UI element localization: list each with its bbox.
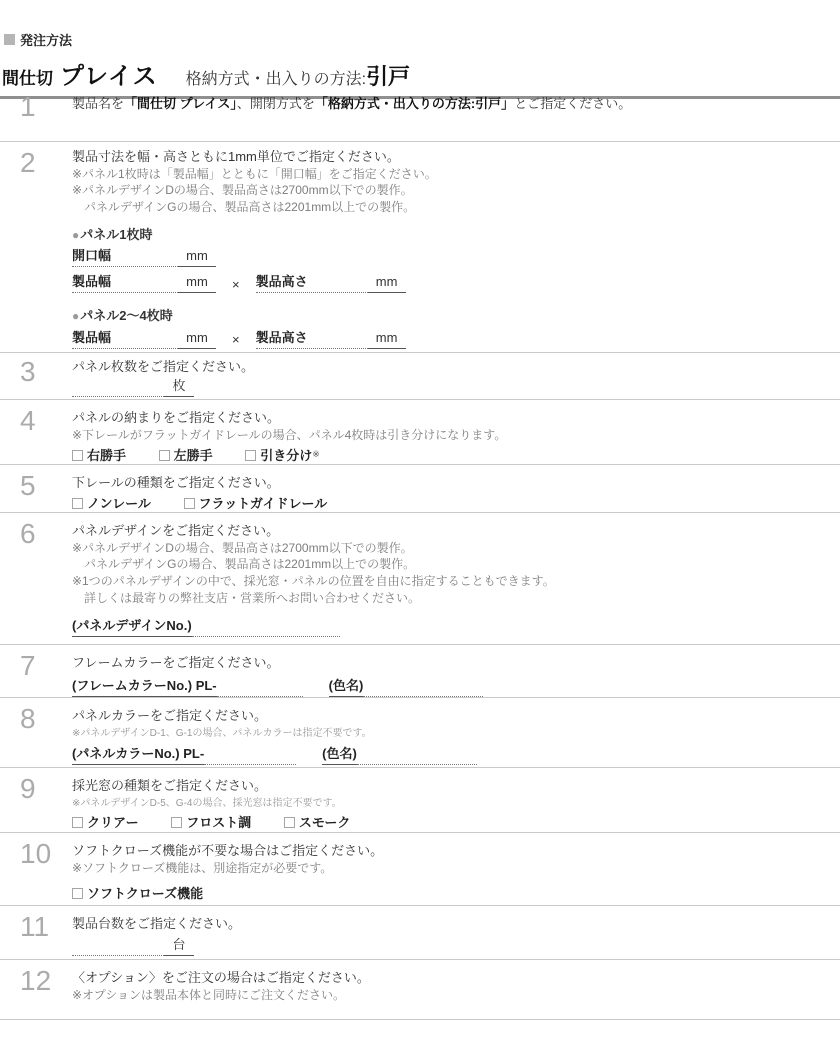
order-form-page: 発注方法 間仕切 プレイス 格納方式・出入りの方法: 引戸 1 製品名を「間仕切… [0, 0, 840, 1050]
eyebrow-label: 発注方法 [20, 30, 72, 49]
soft-close-options: ソフトクローズ機能 [72, 886, 810, 903]
step-9: 9 採光窓の種類をご指定ください。 ※パネルデザインD-5、G-4の場合、採光窓… [0, 768, 840, 833]
frame-color-no-input[interactable] [217, 678, 303, 697]
reference-mark: ※ [312, 449, 320, 459]
checkbox-icon[interactable] [72, 888, 83, 899]
step-12: 12 〈オプション〉をご注文の場合はご指定ください。 ※オプションは製品本体と同… [0, 960, 840, 1020]
step-2-number: 2 [0, 142, 72, 352]
step-11-instruction: 製品台数をご指定ください。 [72, 916, 810, 933]
frame-color-row: (フレームカラーNo.) PL-(色名) [72, 678, 810, 698]
unit-count-input[interactable] [72, 937, 164, 956]
product-height-unit: mm [368, 330, 406, 349]
panel-design-no-label: (パネルデザインNo.) [72, 618, 192, 637]
checkbox-flat-guide-rail[interactable]: フラットガイドレール [184, 496, 328, 513]
checkbox-icon[interactable] [171, 817, 182, 828]
product-height-unit: mm [368, 274, 406, 293]
panel-2-4-group-heading: ●パネル2〜4枚時 [72, 308, 810, 325]
step-6-note-3: ※1つのパネルデザインの中で、採光窓・パネルの位置を自由に指定することもできます… [72, 573, 810, 590]
step-1: 1 製品名を「間仕切 プレイス」、開閉方式を「格納方式・出入りの方法:引戸」とご… [0, 86, 840, 142]
step-10-number: 10 [0, 833, 72, 905]
checkbox-left-hand-label: 左勝手 [174, 448, 213, 463]
checkbox-split-opening[interactable]: 引き分け※ [245, 448, 320, 465]
circle-bullet-icon: ● [72, 228, 79, 242]
checkbox-icon[interactable] [159, 450, 170, 461]
step-8: 8 パネルカラーをご指定ください。 ※パネルデザインD-1、G-1の場合、パネル… [0, 698, 840, 768]
step-11-number: 11 [0, 906, 72, 959]
product-height-label: 製品高さ [256, 274, 308, 289]
step-3: 3 パネル枚数をご指定ください。 枚 [0, 353, 840, 400]
step-12-note: ※オプションは製品本体と同時にご注文ください。 [72, 987, 810, 1004]
step-2: 2 製品寸法を幅・高さともに1mm単位でご指定ください。 ※パネル1枚時は「製品… [0, 142, 840, 353]
step-5-instruction: 下レールの種類をご指定ください。 [72, 475, 810, 492]
step-9-note: ※パネルデザインD-5、G-4の場合、採光窓は指定不要です。 [72, 797, 810, 810]
square-bullet-icon [4, 34, 15, 45]
product-height-input[interactable]: 製品高さ [256, 274, 368, 293]
checkbox-non-rail[interactable]: ノンレール [72, 496, 151, 513]
product-width-unit: mm [178, 274, 216, 293]
opening-width-input[interactable]: 開口幅 [72, 248, 178, 267]
frame-color-no-label: (フレームカラーNo.) PL- [72, 678, 217, 697]
step-6: 6 パネルデザインをご指定ください。 ※パネルデザインDの場合、製品高さは270… [0, 513, 840, 645]
step-9-number: 9 [0, 768, 72, 832]
checkbox-icon[interactable] [284, 817, 295, 828]
color-name-input[interactable] [357, 746, 477, 765]
step-10-instruction: ソフトクローズ機能が不要な場合はご指定ください。 [72, 843, 810, 860]
product-width-input[interactable]: 製品幅 [72, 330, 178, 349]
panel-1-group-heading: ●パネル1枚時 [72, 227, 810, 244]
step-6-note-2: パネルデザインGの場合、製品高さは2201mm以上での製作。 [72, 556, 810, 573]
step-5-number: 5 [0, 465, 72, 512]
times-symbol: × [232, 332, 240, 349]
product-width-label: 製品幅 [72, 330, 111, 345]
product-name-bold: 「間仕切 プレイス」 [124, 96, 237, 111]
color-name-input[interactable] [363, 678, 483, 697]
unit-count-unit: 台 [164, 937, 194, 956]
instruction-text: 、開閉方式を [237, 96, 315, 111]
checkbox-clear[interactable]: クリアー [72, 815, 139, 832]
checkbox-frost[interactable]: フロスト調 [171, 815, 251, 832]
checkbox-icon[interactable] [72, 817, 83, 828]
instruction-text: とご指定ください。 [514, 96, 631, 111]
opening-width-row: 開口幅mm [72, 248, 810, 269]
checkbox-non-rail-label: ノンレール [87, 496, 151, 511]
panel-1-group-label: パネル1枚時 [80, 227, 152, 242]
step-2-note-1: ※パネル1枚時は「製品幅」とともに「開口幅」をご指定ください。 [72, 166, 810, 183]
panel-count-unit: 枚 [164, 378, 194, 397]
step-1-number: 1 [0, 86, 72, 141]
checkbox-icon[interactable] [245, 450, 256, 461]
panel-count-input[interactable] [72, 378, 164, 397]
checkbox-left-hand[interactable]: 左勝手 [159, 448, 213, 465]
step-3-number: 3 [0, 353, 72, 399]
bottom-margin [0, 1020, 840, 1050]
method-name-bold: 「格納方式・出入りの方法:引戸」 [315, 96, 514, 111]
product-height-label: 製品高さ [256, 330, 308, 345]
opening-width-unit: mm [178, 248, 216, 267]
step-6-note-4: 詳しくは最寄りの弊社支店・営業所へお問い合わせください。 [72, 590, 810, 607]
bottom-rail-options: ノンレール フラットガイドレール [72, 496, 810, 513]
product-width-label: 製品幅 [72, 274, 111, 289]
step-9-instruction: 採光窓の種類をご指定ください。 [72, 778, 810, 795]
times-symbol: × [232, 277, 240, 294]
daylight-window-options: クリアー フロスト調 スモーク [72, 815, 810, 832]
step-6-number: 6 [0, 513, 72, 644]
step-4-instruction: パネルの納まりをご指定ください。 [72, 410, 810, 427]
checkbox-icon[interactable] [72, 450, 83, 461]
product-width-input[interactable]: 製品幅 [72, 274, 178, 293]
step-7-instruction: フレームカラーをご指定ください。 [72, 655, 810, 672]
panel-color-no-input[interactable] [204, 746, 296, 765]
instruction-text: 製品名を [72, 96, 124, 111]
step-2-note-2: ※パネルデザインDの場合、製品高さは2700mm以下での製作。 [72, 182, 810, 199]
panel-color-no-label: (パネルカラーNo.) PL- [72, 746, 204, 765]
checkbox-icon[interactable] [184, 498, 195, 509]
step-12-instruction: 〈オプション〉をご注文の場合はご指定ください。 [72, 970, 810, 987]
checkbox-soft-close-label: ソフトクローズ機能 [87, 886, 203, 901]
checkbox-right-hand[interactable]: 右勝手 [72, 448, 126, 465]
step-8-note: ※パネルデザインD-1、G-1の場合、パネルカラーは指定不要です。 [72, 727, 810, 740]
checkbox-right-hand-label: 右勝手 [87, 448, 126, 463]
checkbox-soft-close[interactable]: ソフトクローズ機能 [72, 886, 203, 903]
step-8-number: 8 [0, 698, 72, 767]
step-10-note: ※ソフトクローズ機能は、別途指定が必要です。 [72, 860, 810, 877]
opening-width-label: 開口幅 [72, 248, 111, 263]
step-4-note: ※下レールがフラットガイドレールの場合、パネル4枚時は引き分けになります。 [72, 427, 810, 444]
panel-design-row: (パネルデザインNo.) [72, 618, 810, 639]
panel-2-4-size-row: 製品幅mm×製品高さmm [72, 330, 810, 351]
step-11: 11 製品台数をご指定ください。 台 [0, 906, 840, 960]
panel-color-row: (パネルカラーNo.) PL-(色名) [72, 746, 810, 767]
step-7-number: 7 [0, 645, 72, 697]
step-2-instruction: 製品寸法を幅・高さともに1mm単位でご指定ください。 [72, 149, 810, 166]
checkbox-clear-label: クリアー [87, 815, 139, 830]
eyebrow: 発注方法 [0, 30, 840, 49]
checkbox-icon[interactable] [72, 498, 83, 509]
panel-design-no-input[interactable] [192, 618, 340, 637]
step-12-number: 12 [0, 960, 72, 1019]
checkbox-frost-label: フロスト調 [186, 815, 251, 830]
step-7: 7 フレームカラーをご指定ください。 (フレームカラーNo.) PL-(色名) [0, 645, 840, 698]
panel-handing-options: 右勝手 左勝手 引き分け※ [72, 448, 810, 465]
circle-bullet-icon: ● [72, 309, 79, 323]
step-6-note-1: ※パネルデザインDの場合、製品高さは2700mm以下での製作。 [72, 540, 810, 557]
step-1-instruction: 製品名を「間仕切 プレイス」、開閉方式を「格納方式・出入りの方法:引戸」とご指定… [72, 96, 810, 113]
unit-count-row: 台 [72, 937, 810, 958]
panel-2-4-group-label: パネル2〜4枚時 [80, 308, 172, 323]
step-8-instruction: パネルカラーをご指定ください。 [72, 708, 810, 725]
checkbox-smoke[interactable]: スモーク [284, 815, 350, 832]
step-4: 4 パネルの納まりをご指定ください。 ※下レールがフラットガイドレールの場合、パ… [0, 400, 840, 465]
checkbox-split-opening-label: 引き分け [260, 448, 312, 463]
step-3-instruction: パネル枚数をご指定ください。 [72, 359, 810, 376]
step-2-note-3: パネルデザインGの場合、製品高さは2201mm以上での製作。 [72, 199, 810, 216]
step-6-instruction: パネルデザインをご指定ください。 [72, 523, 810, 540]
panel-1-size-row: 製品幅mm×製品高さmm [72, 274, 810, 295]
checkbox-smoke-label: スモーク [299, 815, 350, 830]
step-5: 5 下レールの種類をご指定ください。 ノンレール フラットガイドレール [0, 465, 840, 513]
page-header: 発注方法 間仕切 プレイス 格納方式・出入りの方法: 引戸 [0, 0, 840, 86]
panel-count-row: 枚 [72, 378, 810, 399]
step-10: 10 ソフトクローズ機能が不要な場合はご指定ください。 ※ソフトクローズ機能は、… [0, 833, 840, 906]
color-name-label: (色名) [322, 746, 357, 765]
product-width-unit: mm [178, 330, 216, 349]
step-4-number: 4 [0, 400, 72, 464]
checkbox-flat-guide-rail-label: フラットガイドレール [199, 496, 328, 511]
product-height-input[interactable]: 製品高さ [256, 330, 368, 349]
color-name-label: (色名) [329, 678, 364, 697]
